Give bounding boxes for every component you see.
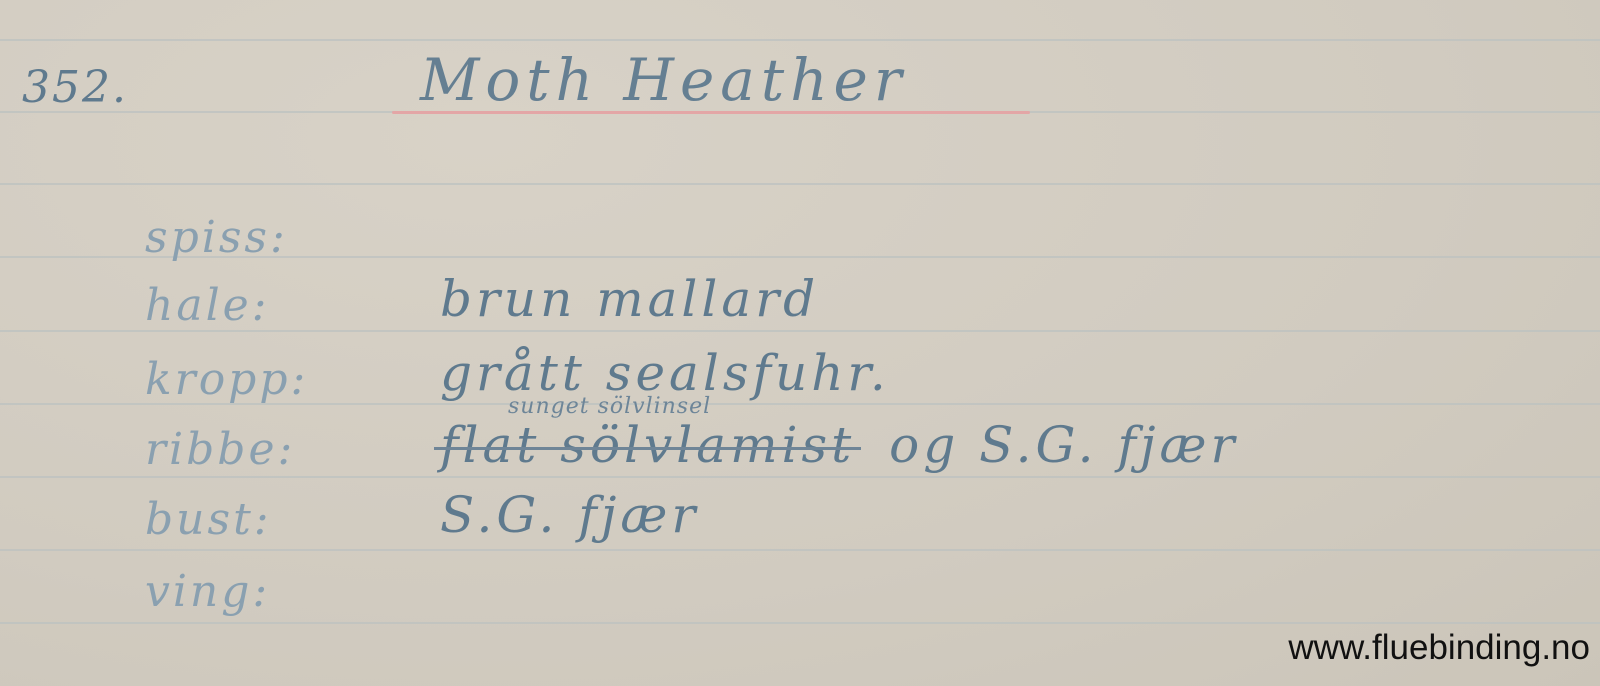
ribbe-suffix: og S.G. fjær xyxy=(889,416,1238,474)
notebook-page: 352. Moth Heather spiss: hale: brun mall… xyxy=(0,0,1600,686)
page-title: Moth Heather xyxy=(420,46,908,114)
ruled-line xyxy=(0,549,1600,551)
field-label-bust: bust: xyxy=(145,494,272,545)
ruled-line xyxy=(0,183,1600,185)
field-value-ribbe: flat sölvlamist og S.G. fjær xyxy=(440,416,1238,474)
ruled-line xyxy=(0,476,1600,478)
struck-text: flat sölvlamist xyxy=(440,416,855,474)
field-label-hale: hale: xyxy=(145,280,270,331)
field-value-bust: S.G. fjær xyxy=(440,486,699,544)
watermark-link: www.fluebinding.no xyxy=(1288,628,1590,668)
ruled-line xyxy=(0,622,1600,624)
field-label-ving: ving: xyxy=(145,566,270,617)
field-value-hale: brun mallard xyxy=(440,270,819,328)
field-label-kropp: kropp: xyxy=(145,354,308,405)
ruled-line xyxy=(0,39,1600,41)
title-underline xyxy=(392,111,1030,114)
field-label-ribbe: ribbe: xyxy=(145,424,295,475)
entry-number: 352. xyxy=(22,62,128,113)
field-label-spiss: spiss: xyxy=(145,212,288,263)
